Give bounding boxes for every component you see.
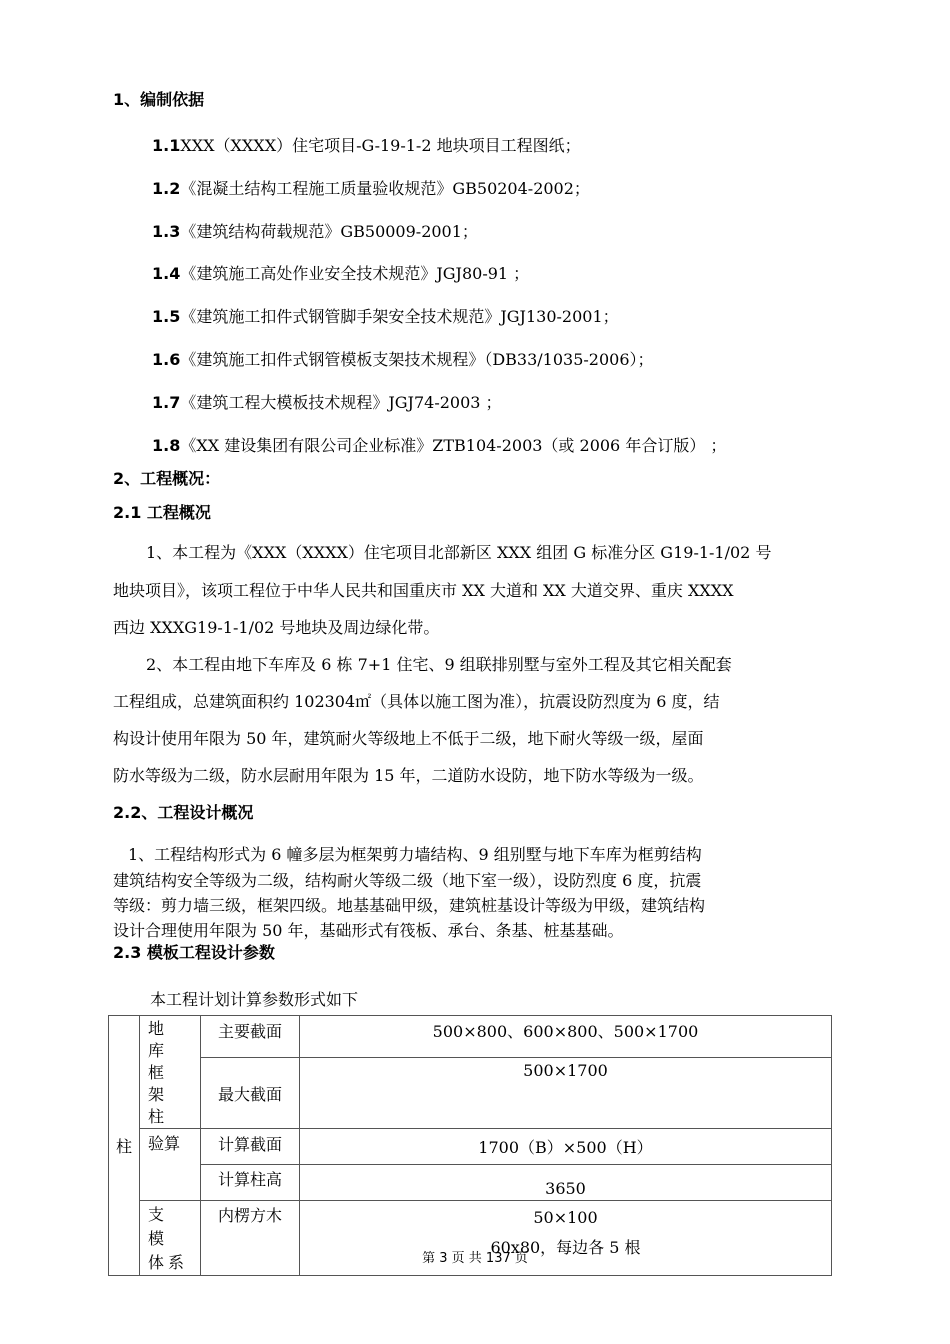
item-number: 1.2 (152, 179, 180, 198)
section-heading-2: 2、工程概况： (113, 469, 220, 489)
item-number: 1.4 (152, 264, 180, 283)
table-cell-value: 500×1700 (300, 1058, 832, 1129)
section-heading-1: 1、编制依据 (113, 90, 204, 110)
item-text: XXX（XXXX）住宅项目-G-19-1-2 地块项目工程图纸； (180, 136, 580, 155)
table-intro: 本工程计划计算参数形式如下 (150, 990, 358, 1010)
item-text: 《建筑施工扣件式钢管脚手架安全技术规范》JGJ130-2001； (180, 307, 618, 326)
list-item: 1.5《建筑施工扣件式钢管脚手架安全技术规范》JGJ130-2001； (152, 307, 619, 327)
item-number: 1.8 (152, 436, 180, 455)
table-cell-name: 计算截面 (201, 1129, 300, 1165)
table-cell-value: 500×800、600×800、500×1700 (300, 1016, 832, 1058)
list-item: 1.7《建筑工程大模板技术规程》JGJ74-2003 ； (152, 393, 502, 413)
item-number: 1.1 (152, 136, 180, 155)
table-cell-name: 主要截面 (201, 1016, 300, 1058)
item-number: 1.3 (152, 222, 180, 241)
paragraph-line: 设计合理使用年限为 50 年，基础形式有筏板、承台、条基、桩基基础。 (113, 921, 624, 941)
paragraph-line: 1、工程结构形式为 6 幢多层为框架剪力墙结构、9 组别墅与地下车库为框剪结构 (128, 845, 702, 865)
item-number: 1.5 (152, 307, 180, 326)
item-text: 《建筑结构荷载规范》GB50009-2001； (180, 222, 478, 241)
paragraph-line: 建筑结构安全等级为二级，结构耐火等级二级（地下室一级），设防烈度 6 度，抗震 (113, 871, 701, 891)
paragraph-line: 防水等级为二级，防水层耐用年限为 15 年，二道防水设防，地下防水等级为一级。 (113, 766, 704, 786)
table-cell-group: 地 库 框 架 柱 (140, 1016, 201, 1129)
table-cell-category: 柱 (109, 1016, 140, 1276)
paragraph-line: 地块项目》，该项工程位于中华人民共和国重庆市 XX 大道和 XX 大道交界、重庆… (113, 581, 734, 601)
item-number: 1.6 (152, 350, 180, 369)
list-item: 1.2《混凝土结构工程施工质量验收规范》GB50204-2002； (152, 179, 590, 199)
item-text: 《建筑工程大模板技术规程》JGJ74-2003 ； (180, 393, 501, 412)
paragraph-line: 2、本工程由地下车库及 6 栋 7+1 住宅、9 组联排别墅与室外工程及其它相关… (146, 655, 732, 675)
subsection-heading-2-3: 2.3 模板工程设计参数 (113, 943, 275, 963)
paragraph-line: 1、本工程为《XXX（XXXX）住宅项目北部新区 XXX 组团 G 标准分区 G… (146, 543, 771, 563)
list-item: 1.3《建筑结构荷载规范》GB50009-2001； (152, 222, 478, 242)
paragraph-line: 西边 XXXG19-1-1/02 号地块及周边绿化带。 (113, 618, 439, 638)
table-cell-value: 3650 (300, 1165, 832, 1201)
table-cell-group: 验算 (140, 1129, 201, 1201)
table-cell-name: 最大截面 (201, 1058, 300, 1129)
item-text: 《混凝土结构工程施工质量验收规范》GB50204-2002； (180, 179, 590, 198)
paragraph-line: 等级：剪力墙三级，框架四级。地基基础甲级，建筑桩基设计等级为甲级，建筑结构 (113, 896, 705, 916)
list-item: 1.4《建筑施工高处作业安全技术规范》JGJ80-91 ； (152, 264, 529, 284)
page-footer: 第 3 页 共 137 页 (0, 1247, 950, 1266)
list-item: 1.8《XX 建设集团有限公司企业标准》ZTB104-2003（或 2006 年… (152, 436, 726, 456)
item-text: 《XX 建设集团有限公司企业标准》ZTB104-2003（或 2006 年合订版… (180, 436, 726, 455)
item-text: 《建筑施工高处作业安全技术规范》JGJ80-91 ； (180, 264, 529, 283)
item-number: 1.7 (152, 393, 180, 412)
list-item: 1.1XXX（XXXX）住宅项目-G-19-1-2 地块项目工程图纸； (152, 136, 581, 156)
table-cell-value-line: 50×100 (304, 1203, 827, 1233)
item-text: 《建筑施工扣件式钢管模板支架技术规程》（DB33/1035-2006）； (180, 350, 653, 369)
paragraph-line: 工程组成，总建筑面积约 102304㎡（具体以施工图为准），抗震设防烈度为 6 … (113, 692, 720, 712)
paragraph-line: 构设计使用年限为 50 年，建筑耐火等级地上不低于二级，地下耐火等级一级，屋面 (113, 729, 704, 749)
parameters-table: 柱 地 库 框 架 柱 主要截面 500×800、600×800、500×170… (108, 1015, 832, 1276)
subsection-heading-2-1: 2.1 工程概况 (113, 503, 211, 523)
table-cell-value: 1700（B）×500（H） (300, 1129, 832, 1165)
table-cell-name: 计算柱高 (201, 1165, 300, 1201)
list-item: 1.6《建筑施工扣件式钢管模板支架技术规程》（DB33/1035-2006）； (152, 350, 654, 370)
subsection-heading-2-2: 2.2、工程设计概况 (113, 803, 253, 823)
